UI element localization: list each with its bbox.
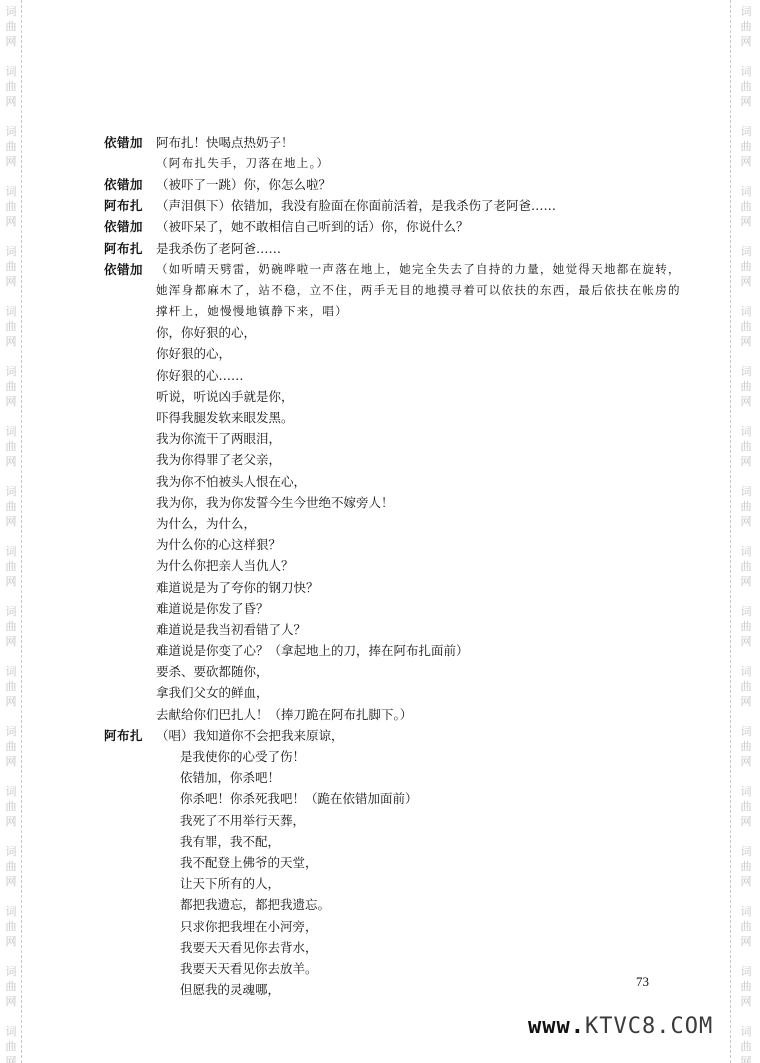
watermark-char: 网	[736, 334, 756, 349]
watermark-group: 词曲网	[736, 1024, 756, 1063]
dialogue-text: 为什么你把亲人当仇人？	[156, 556, 684, 574]
watermark-char: 词	[1, 544, 21, 559]
watermark-char: 曲	[736, 919, 756, 934]
watermark-char: 词	[1, 4, 21, 19]
right-watermark-strip: 词曲网词曲网词曲网词曲网词曲网词曲网词曲网词曲网词曲网词曲网词曲网词曲网词曲网词…	[730, 0, 760, 1063]
watermark-char: 网	[1, 274, 21, 289]
watermark-char: 曲	[1, 679, 21, 694]
watermark-char: 词	[1, 484, 21, 499]
watermark-char: 词	[1, 784, 21, 799]
dialogue-text: 只求你把我埋在小河旁，	[156, 917, 684, 935]
speaker-name: 依错加	[104, 133, 156, 151]
watermark-group: 词曲网	[1, 724, 21, 769]
watermark-char: 网	[1, 394, 21, 409]
script-line: 依错加阿布扎！快喝点热奶子！	[104, 131, 684, 152]
watermark-char: 曲	[1, 79, 21, 94]
watermark-char: 曲	[1, 559, 21, 574]
watermark-char: 词	[1, 64, 21, 79]
dialogue-text: 阿布扎！快喝点热奶子！	[156, 133, 684, 151]
watermark-char: 词	[1, 964, 21, 979]
script-line: 阿布扎（唱）我知道你不会把我来原谅，	[104, 724, 684, 745]
watermark-group: 词曲网	[736, 244, 756, 289]
watermark-char: 曲	[1, 739, 21, 754]
watermark-group: 词曲网	[1, 784, 21, 829]
watermark-group: 词曲网	[1, 4, 21, 49]
watermark-char: 曲	[1, 919, 21, 934]
dialogue-text: 我有罪，我不配，	[156, 832, 684, 850]
watermark-char: 网	[1, 34, 21, 49]
script-line: 但愿我的灵魂哪，	[104, 979, 684, 1000]
watermark-char: 网	[736, 754, 756, 769]
watermark-group: 词曲网	[736, 64, 756, 109]
watermark-char: 网	[736, 34, 756, 49]
script-line: （阿布扎失手，刀落在地上。）	[104, 152, 684, 173]
watermark-group: 词曲网	[736, 604, 756, 649]
dialogue-text: 我为你不怕被头人恨在心，	[156, 472, 684, 490]
watermark-char: 网	[736, 394, 756, 409]
watermark-char: 词	[1, 664, 21, 679]
dialogue-text: 难道说是为了夸你的钢刀快？	[156, 578, 684, 596]
dialogue-text: 难道说是你发了昏？	[156, 599, 684, 617]
watermark-char: 曲	[736, 559, 756, 574]
script-line: 为什么你的心这样狠？	[104, 534, 684, 555]
watermark-char: 网	[736, 154, 756, 169]
watermark-group: 词曲网	[1, 304, 21, 349]
dialogue-text: 我要天天看见你去放羊。	[156, 959, 684, 977]
watermark-group: 词曲网	[736, 364, 756, 409]
watermark-char: 词	[1, 424, 21, 439]
watermark-char: 网	[736, 874, 756, 889]
page-number: 73	[636, 974, 649, 990]
watermark-group: 词曲网	[1, 544, 21, 589]
watermark-group: 词曲网	[1, 664, 21, 709]
watermark-char: 曲	[1, 139, 21, 154]
watermark-char: 曲	[1, 619, 21, 634]
watermark-char: 网	[736, 94, 756, 109]
script-line: 你杀吧！你杀死我吧！（跪在依错加面前）	[104, 788, 684, 809]
script-line: 阿布扎是我杀伤了老阿爸……	[104, 237, 684, 258]
script-line: 我为你流干了两眼泪，	[104, 428, 684, 449]
script-line: 你，你好狠的心，	[104, 322, 684, 343]
speaker-name: 依错加	[104, 175, 156, 193]
watermark-char: 网	[736, 214, 756, 229]
watermark-char: 词	[1, 124, 21, 139]
watermark-group: 词曲网	[736, 304, 756, 349]
dialogue-text: 听说，听说凶手就是你，	[156, 387, 684, 405]
script-line: 你好狠的心，	[104, 343, 684, 364]
script-body: 依错加阿布扎！快喝点热奶子！（阿布扎失手，刀落在地上。）依错加（被吓了一跳）你，…	[104, 131, 684, 1000]
dialogue-text: （被吓呆了，她不敢相信自己听到的话）你，你说什么？	[156, 217, 684, 235]
watermark-char: 曲	[736, 259, 756, 274]
stage-direction: （阿布扎失手，刀落在地上。）	[156, 155, 684, 171]
watermark-char: 词	[736, 484, 756, 499]
watermark-char: 曲	[1, 199, 21, 214]
script-line: 是我使你的心受了伤！	[104, 745, 684, 766]
watermark-char: 曲	[736, 439, 756, 454]
watermark-char: 曲	[1, 379, 21, 394]
watermark-char: 网	[1, 1054, 21, 1063]
watermark-char: 词	[1, 184, 21, 199]
watermark-char: 网	[1, 874, 21, 889]
watermark-char: 网	[1, 454, 21, 469]
watermark-char: 网	[736, 274, 756, 289]
watermark-char: 词	[736, 724, 756, 739]
dialogue-text: 让天下所有的人，	[156, 874, 684, 892]
script-line: 撑杆上，她慢慢地镇静下来，唱）	[104, 301, 684, 322]
script-line: 我有罪，我不配，	[104, 830, 684, 851]
script-line: 我要天天看见你去背水，	[104, 936, 684, 957]
watermark-char: 词	[1, 364, 21, 379]
watermark-group: 词曲网	[736, 184, 756, 229]
watermark-char: 词	[1, 304, 21, 319]
dialogue-text: （声泪俱下）依错加，我没有脸面在你面前活着，是我杀伤了老阿爸……	[156, 196, 684, 214]
script-line: 让天下所有的人，	[104, 873, 684, 894]
watermark-char: 网	[1, 754, 21, 769]
watermark-group: 词曲网	[736, 724, 756, 769]
watermark-char: 网	[1, 994, 21, 1009]
url-domain: KTVC8.COM	[585, 1014, 713, 1039]
watermark-group: 词曲网	[1, 424, 21, 469]
dialogue-text: 你好狠的心，	[156, 344, 684, 362]
watermark-char: 曲	[736, 1039, 756, 1054]
watermark-group: 词曲网	[736, 664, 756, 709]
script-line: 依错加（如听晴天劈雷，奶碗哗啦一声落在地上，她完全失去了自持的力量，她觉得天地都…	[104, 258, 684, 279]
watermark-group: 词曲网	[1, 904, 21, 949]
watermark-group: 词曲网	[1, 184, 21, 229]
watermark-char: 网	[736, 634, 756, 649]
watermark-char: 网	[1, 94, 21, 109]
dialogue-text: 为什么你的心这样狠？	[156, 535, 684, 553]
watermark-char: 词	[736, 844, 756, 859]
watermark-char: 网	[1, 574, 21, 589]
dialogue-text: 我死了不用举行天葬，	[156, 811, 684, 829]
watermark-char: 曲	[1, 19, 21, 34]
dialogue-text: 难道说是你变了心？（拿起地上的刀，捧在阿布扎面前）	[156, 641, 684, 659]
watermark-char: 词	[736, 544, 756, 559]
dialogue-text: 要杀、要砍都随你，	[156, 662, 684, 680]
watermark-group: 词曲网	[1, 964, 21, 1009]
watermark-char: 网	[736, 814, 756, 829]
watermark-group: 词曲网	[736, 124, 756, 169]
script-line: 要杀、要砍都随你，	[104, 661, 684, 682]
watermark-char: 曲	[736, 679, 756, 694]
dashed-divider	[21, 0, 22, 1063]
watermark-group: 词曲网	[1, 364, 21, 409]
dialogue-text: 你，你好狠的心，	[156, 323, 684, 341]
watermark-char: 曲	[736, 859, 756, 874]
script-line: 我为你不怕被头人恨在心，	[104, 470, 684, 491]
script-line: 我不配登上佛爷的天堂，	[104, 851, 684, 872]
watermark-char: 词	[1, 244, 21, 259]
script-line: 我死了不用举行天葬，	[104, 809, 684, 830]
dialogue-text: 我不配登上佛爷的天堂，	[156, 853, 684, 871]
dialogue-text: 是我使你的心受了伤！	[156, 747, 684, 765]
watermark-char: 网	[736, 994, 756, 1009]
watermark-char: 网	[736, 454, 756, 469]
watermark-char: 词	[736, 364, 756, 379]
watermark-char: 曲	[1, 799, 21, 814]
watermark-char: 词	[1, 904, 21, 919]
script-line: 只求你把我埋在小河旁，	[104, 915, 684, 936]
watermark-char: 词	[736, 424, 756, 439]
script-line: 难道说是我当初看错了人？	[104, 618, 684, 639]
script-line: 去献给你们巴扎人！（捧刀跪在阿布扎脚下。）	[104, 703, 684, 724]
watermark-char: 词	[736, 4, 756, 19]
watermark-char: 曲	[736, 979, 756, 994]
watermark-char: 曲	[736, 199, 756, 214]
site-url-watermark: www.KTVC8.COM	[528, 1014, 713, 1039]
watermark-group: 词曲网	[1, 604, 21, 649]
watermark-char: 曲	[1, 259, 21, 274]
watermark-char: 网	[1, 634, 21, 649]
dialogue-text: 去献给你们巴扎人！（捧刀跪在阿布扎脚下。）	[156, 705, 684, 723]
watermark-char: 曲	[1, 319, 21, 334]
watermark-char: 词	[1, 844, 21, 859]
left-watermark-strip: 词曲网词曲网词曲网词曲网词曲网词曲网词曲网词曲网词曲网词曲网词曲网词曲网词曲网词…	[0, 0, 30, 1063]
watermark-group: 词曲网	[1, 1024, 21, 1063]
watermark-char: 词	[1, 724, 21, 739]
dialogue-text: 我为你，我为你发誓今生今世绝不嫁旁人！	[156, 493, 684, 511]
watermark-group: 词曲网	[736, 484, 756, 529]
dialogue-text: 你好狠的心……	[156, 366, 684, 384]
watermark-char: 词	[736, 1024, 756, 1039]
watermark-group: 词曲网	[736, 964, 756, 1009]
watermark-char: 曲	[1, 439, 21, 454]
watermark-group: 词曲网	[1, 64, 21, 109]
speaker-name: 阿布扎	[104, 726, 156, 744]
script-line: 阿布扎（声泪俱下）依错加，我没有脸面在你面前活着，是我杀伤了老阿爸……	[104, 195, 684, 216]
script-line: 难道说是为了夸你的钢刀快？	[104, 576, 684, 597]
dialogue-text: 我要天天看见你去背水，	[156, 938, 684, 956]
watermark-char: 网	[736, 574, 756, 589]
watermark-char: 网	[736, 1054, 756, 1063]
script-line: 她浑身都麻木了，站不稳，立不住，两手无目的地摸寻着可以依扶的东西，最后依扶在帐房…	[104, 279, 684, 300]
watermark-group: 词曲网	[1, 484, 21, 529]
watermark-char: 网	[736, 514, 756, 529]
script-line: 依错加（被吓了一跳）你，你怎么啦？	[104, 173, 684, 194]
dialogue-text: 都把我遗忘，都把我遗忘。	[156, 895, 684, 913]
watermark-char: 曲	[736, 619, 756, 634]
speaker-name: 依错加	[104, 260, 156, 278]
dialogue-text: 是我杀伤了老阿爸……	[156, 239, 684, 257]
watermark-char: 曲	[1, 979, 21, 994]
watermark-char: 曲	[736, 139, 756, 154]
watermark-group: 词曲网	[1, 244, 21, 289]
watermark-char: 曲	[736, 379, 756, 394]
dialogue-text: 我为你得罪了老父亲，	[156, 450, 684, 468]
dialogue-text: （唱）我知道你不会把我来原谅，	[156, 726, 684, 744]
watermark-char: 曲	[736, 319, 756, 334]
watermark-char: 网	[1, 694, 21, 709]
script-line: 依错加（被吓呆了，她不敢相信自己听到的话）你，你说什么？	[104, 216, 684, 237]
watermark-char: 网	[1, 334, 21, 349]
watermark-char: 词	[736, 904, 756, 919]
watermark-char: 网	[736, 934, 756, 949]
watermark-char: 曲	[736, 799, 756, 814]
script-line: 听说，听说凶手就是你，	[104, 385, 684, 406]
script-line: 拿我们父女的鲜血，	[104, 682, 684, 703]
watermark-group: 词曲网	[1, 124, 21, 169]
watermark-char: 词	[1, 1024, 21, 1039]
url-prefix: www.	[528, 1014, 585, 1039]
watermark-char: 曲	[736, 19, 756, 34]
stage-direction: 撑杆上，她慢慢地镇静下来，唱）	[156, 303, 684, 319]
dialogue-text: 依错加，你杀吧！	[156, 768, 684, 786]
script-line: 依错加，你杀吧！	[104, 767, 684, 788]
dialogue-text: 吓得我腿发软来眼发黑。	[156, 408, 684, 426]
speaker-name: 依错加	[104, 217, 156, 235]
script-line: 为什么你把亲人当仇人？	[104, 555, 684, 576]
dialogue-text: 拿我们父女的鲜血，	[156, 683, 684, 701]
watermark-char: 词	[736, 304, 756, 319]
watermark-char: 词	[736, 604, 756, 619]
speaker-name: 阿布扎	[104, 196, 156, 214]
watermark-group: 词曲网	[736, 904, 756, 949]
watermark-char: 词	[736, 124, 756, 139]
script-line: 你好狠的心……	[104, 364, 684, 385]
watermark-char: 网	[1, 214, 21, 229]
watermark-group: 词曲网	[736, 844, 756, 889]
dashed-divider	[730, 0, 731, 1063]
watermark-group: 词曲网	[736, 4, 756, 49]
watermark-char: 曲	[736, 739, 756, 754]
watermark-group: 词曲网	[736, 784, 756, 829]
dialogue-text: 你杀吧！你杀死我吧！（跪在依错加面前）	[156, 789, 684, 807]
watermark-char: 词	[736, 184, 756, 199]
dialogue-text: 但愿我的灵魂哪，	[156, 980, 684, 998]
watermark-char: 曲	[1, 859, 21, 874]
script-line: 难道说是你变了心？（拿起地上的刀，捧在阿布扎面前）	[104, 640, 684, 661]
watermark-char: 网	[1, 814, 21, 829]
watermark-char: 网	[1, 514, 21, 529]
watermark-char: 词	[736, 964, 756, 979]
watermark-char: 词	[736, 64, 756, 79]
script-line: 吓得我腿发软来眼发黑。	[104, 406, 684, 427]
watermark-char: 网	[1, 934, 21, 949]
script-line: 我为你得罪了老父亲，	[104, 449, 684, 470]
watermark-char: 网	[1, 154, 21, 169]
stage-direction: 她浑身都麻木了，站不稳，立不住，两手无目的地摸寻着可以依扶的东西，最后依扶在帐房…	[156, 282, 684, 298]
watermark-char: 词	[736, 664, 756, 679]
watermark-char: 曲	[1, 1039, 21, 1054]
watermark-char: 词	[736, 244, 756, 259]
dialogue-text: 我为你流干了两眼泪，	[156, 429, 684, 447]
script-line: 我要天天看见你去放羊。	[104, 957, 684, 978]
script-line: 我为你，我为你发誓今生今世绝不嫁旁人！	[104, 491, 684, 512]
watermark-char: 词	[736, 784, 756, 799]
script-line: 难道说是你发了昏？	[104, 597, 684, 618]
watermark-char: 曲	[736, 79, 756, 94]
dialogue-text: （被吓了一跳）你，你怎么啦？	[156, 175, 684, 193]
watermark-group: 词曲网	[1, 844, 21, 889]
script-line: 为什么，为什么，	[104, 512, 684, 533]
watermark-group: 词曲网	[736, 424, 756, 469]
stage-direction: （如听晴天劈雷，奶碗哗啦一声落在地上，她完全失去了自持的力量，她觉得天地都在旋转…	[156, 261, 684, 277]
dialogue-text: 为什么，为什么，	[156, 514, 684, 532]
watermark-char: 曲	[736, 499, 756, 514]
watermark-group: 词曲网	[736, 544, 756, 589]
watermark-char: 曲	[1, 499, 21, 514]
speaker-name: 阿布扎	[104, 239, 156, 257]
watermark-char: 词	[1, 604, 21, 619]
dialogue-text: 难道说是我当初看错了人？	[156, 620, 684, 638]
script-line: 都把我遗忘，都把我遗忘。	[104, 894, 684, 915]
watermark-char: 网	[736, 694, 756, 709]
